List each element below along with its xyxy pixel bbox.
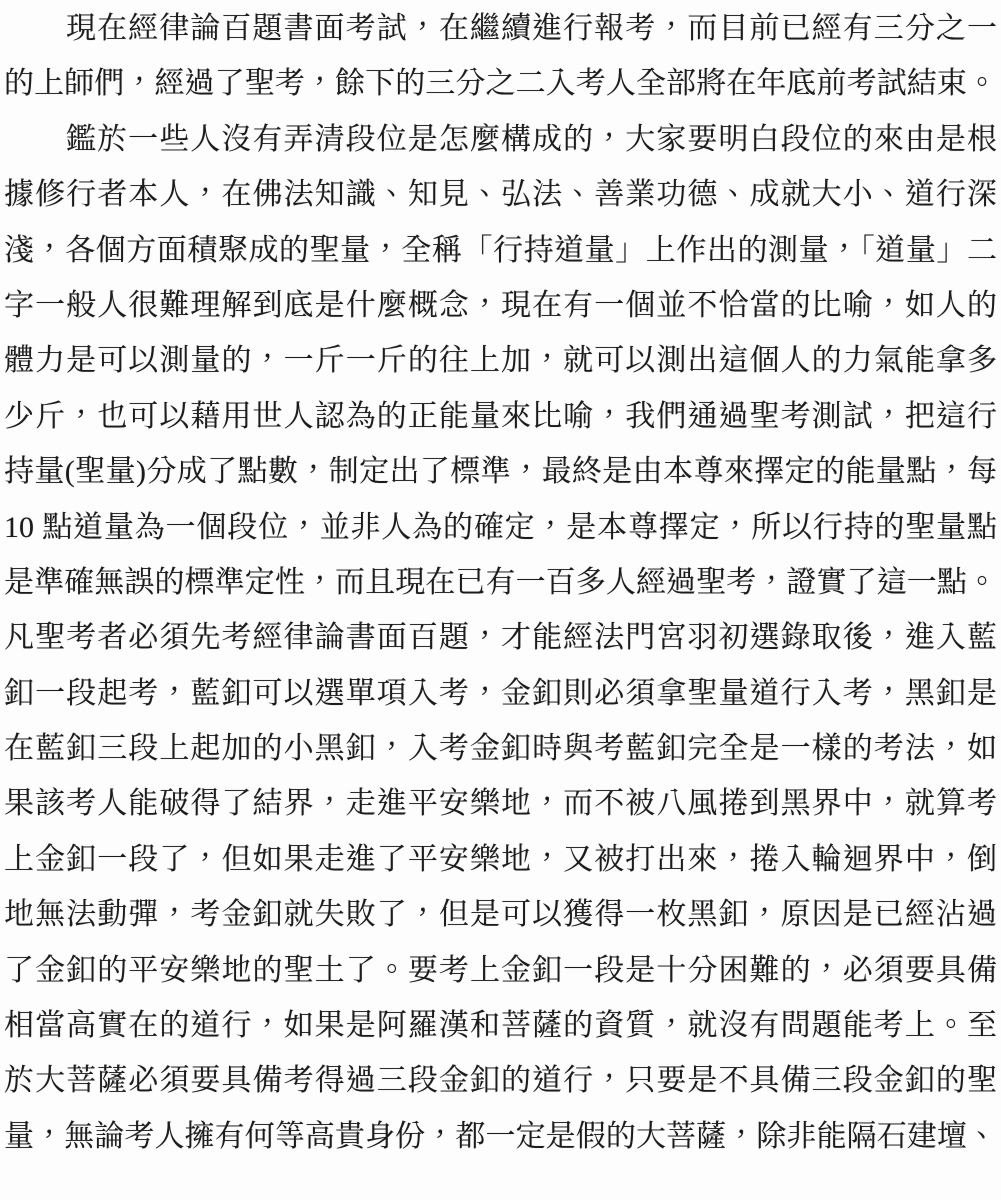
text-line: 據修行者本人，在佛法知識、知見、弘法、善業功德、成就大小、道行深	[4, 167, 997, 222]
text-line: 少斤，也可以藉用世人認為的正能量來比喻，我們通過聖考測試，把這行	[4, 389, 997, 444]
text-line: 量，無論考人擁有何等高貴身份，都一定是假的大菩薩，除非能隔石建壇、	[4, 1109, 997, 1164]
text-line: 相當高實在的道行，如果是阿羅漢和菩薩的資質，就沒有問題能考上。至	[4, 998, 997, 1053]
document-page: 現在經律論百題書面考試，在繼續進行報考，而目前已經有三分之一 的上師們，經過了聖…	[0, 0, 1001, 1200]
text-line: 淺，各個方面積聚成的聖量，全稱「行持道量」上作出的測量，「道量」二	[4, 223, 997, 278]
text-line: 鑑於一些人沒有弄清段位是怎麼構成的，大家要明白段位的來由是根	[4, 112, 997, 167]
text-line: 體力是可以測量的，一斤一斤的往上加，就可以測出這個人的力氣能拿多	[4, 333, 997, 388]
text-line: 釦一段起考，藍釦可以選單項入考，金釦則必須拿聖量道行入考，黑釦是	[4, 666, 997, 721]
text-line: 持量(聖量)分成了點數，制定出了標準，最終是由本尊來擇定的能量點，每	[4, 444, 997, 499]
text-line: 凡聖考者必須先考經律論書面百題，才能經法門宮羽初選錄取後，進入藍	[4, 610, 997, 665]
text-line: 了金釦的平安樂地的聖土了。要考上金釦一段是十分困難的，必須要具備	[4, 943, 997, 998]
text-line: 上金釦一段了，但如果走進了平安樂地，又被打出來，捲入輪迴界中，倒	[4, 832, 997, 887]
text-line: 現在經律論百題書面考試，在繼續進行報考，而目前已經有三分之一	[4, 1, 997, 56]
text-line: 於大菩薩必須要具備考得過三段金釦的道行，只要是不具備三段金釦的聖	[4, 1053, 997, 1108]
text-line: 地無法動彈，考金釦就失敗了，但是可以獲得一枚黑釦，原因是已經沾過	[4, 887, 997, 942]
text-line: 字一般人很難理解到底是什麼概念，現在有一個並不恰當的比喻，如人的	[4, 278, 997, 333]
text-line: 10 點道量為一個段位，並非人為的確定，是本尊擇定，所以行持的聖量點	[4, 500, 997, 555]
text-line: 果該考人能破得了結界，走進平安樂地，而不被八風捲到黑界中，就算考	[4, 776, 997, 831]
text-line: 在藍釦三段上起加的小黑釦，入考金釦時與考藍釦完全是一樣的考法，如	[4, 721, 997, 776]
text-line: 是準確無誤的標準定性，而且現在已有一百多人經過聖考，證實了這一點。	[4, 555, 997, 610]
text-line: 的上師們，經過了聖考，餘下的三分之二入考人全部將在年底前考試結束。	[4, 56, 997, 111]
